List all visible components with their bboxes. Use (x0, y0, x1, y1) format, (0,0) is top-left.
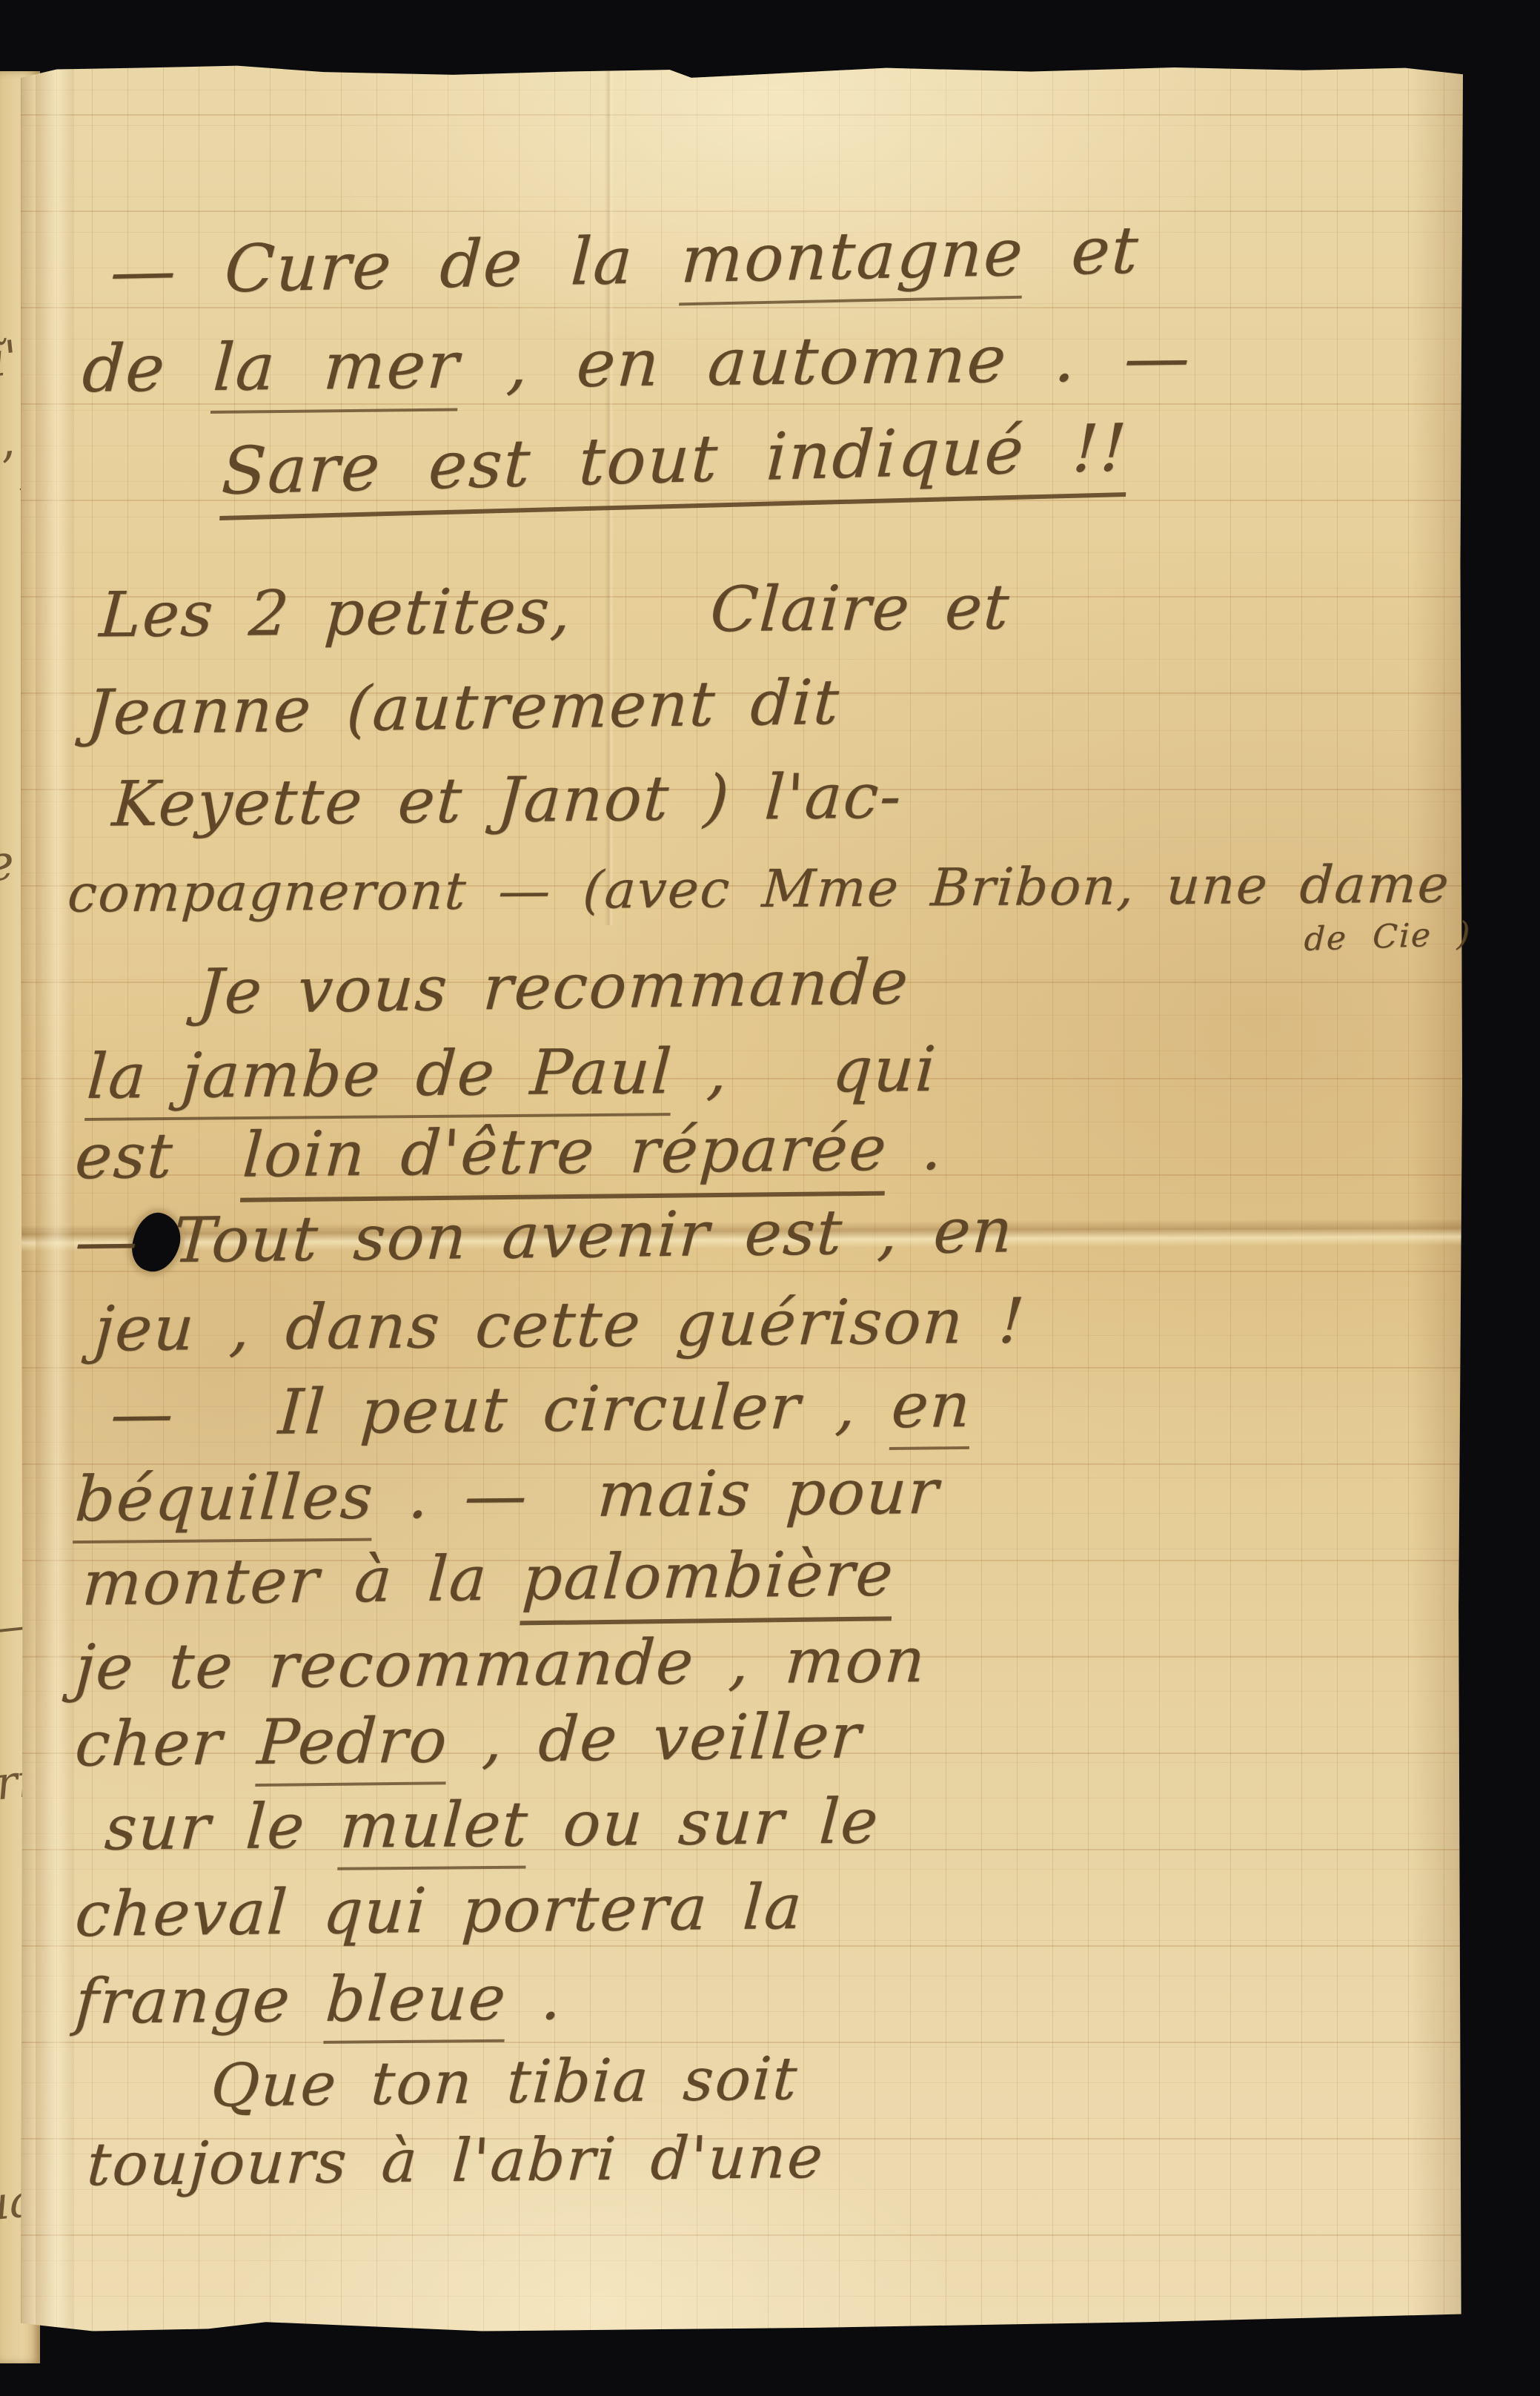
letter-line-5: Jeanne (autrement dit (85, 666, 842, 749)
phrase: Keyette et Janot ) l'ac- (110, 759, 905, 840)
letter-line-6: Keyette et Janot ) l'ac- (110, 759, 905, 840)
phrase: cher (73, 1706, 260, 1781)
underlined-phrase: Pedro (255, 1704, 451, 1787)
letter-line-18: cher Pedro , de veiller (73, 1699, 864, 1780)
underlined-phrase: palombière (520, 1537, 896, 1625)
phrase: cheval qui portera la (73, 1870, 806, 1950)
phrase: Je vous recommande (196, 945, 912, 1027)
underlined-phrase: montagne (679, 214, 1026, 306)
letter-line-1: — Cure de la montagne et (109, 211, 1141, 309)
letter-line-11: est loin d'être réparée . (73, 1111, 946, 1193)
phrase: Jeanne (autrement dit (85, 666, 842, 749)
phrase: ou sur le (526, 1784, 881, 1860)
phrase: — Il peut circuler , (109, 1369, 894, 1450)
underlined-phrase: bleue (323, 1962, 509, 2044)
phrase: et (1022, 211, 1141, 290)
letter-line-9: Je vous recommande (196, 945, 912, 1027)
letter-line-10: la jambe de Paul , qui (85, 1033, 939, 1113)
phrase: Que ton tibia soit (209, 2044, 800, 2120)
underlined-phrase: la mer (210, 327, 462, 414)
phrase: frange (73, 1963, 328, 2038)
underlined-phrase: la jambe de Paul (84, 1035, 675, 1121)
letter-line-8: de Cie ) (1304, 915, 1472, 959)
phrase: compagneront — (avec Mme Bribon, une dam… (66, 853, 1452, 924)
letter-line-14: — Il peut circuler , en (109, 1369, 974, 1450)
phrase: sur le (103, 1790, 343, 1864)
letter-line-17: je te recommande , mon (73, 1624, 929, 1704)
letter-line-19: sur le mulet ou sur le (103, 1784, 882, 1864)
letter-line-22: Que ton tibia soit (209, 2044, 800, 2120)
letter-line-2: de la mer , en automne . — (80, 319, 1193, 407)
letter-line-3: Sare est tout indiqué !! (220, 409, 1129, 509)
letter-line-21: frange bleue . (73, 1961, 565, 2038)
phrase: Les 2 petites, Claire et (98, 571, 1012, 652)
letter-line-15: béquilles . — mais pour (73, 1455, 942, 1535)
phrase: . — mais pour (372, 1455, 942, 1533)
phrase: jeu , dans cette guérison ! (93, 1285, 1028, 1366)
letter-line-23: toujours à l'abri d'une (85, 2122, 826, 2199)
phrase: , de veiller (446, 1699, 864, 1776)
phrase: , en automne . — (457, 319, 1193, 403)
phrase: est (73, 1119, 245, 1193)
phrase: monter à la (81, 1541, 525, 1619)
phrase: . (505, 1961, 565, 2034)
letter-line-16: monter à la palombière (81, 1537, 897, 1619)
phrase: , qui (671, 1033, 939, 1108)
letter-line-13: jeu , dans cette guérison ! (93, 1285, 1028, 1366)
phrase: je te recommande , mon (73, 1624, 929, 1704)
underlined-phrase: mulet (338, 1788, 531, 1870)
phrase: — Cure de la (109, 221, 683, 309)
phrase: de (80, 329, 216, 407)
letter-line-7: compagneront — (avec Mme Bribon, une dam… (66, 853, 1452, 924)
phrase: . (886, 1111, 946, 1185)
letter-line-4: Les 2 petites, Claire et (98, 571, 1012, 652)
underlined-phrase: en (889, 1369, 974, 1450)
handwriting-layer: — Cure de la montagne etde la mer , en a… (0, 0, 1540, 2396)
letter-scan: ĩ'’,e—ri.ual. — Cure de la montagne etde… (0, 0, 1540, 2396)
phrase: — Tout son avenir est , en (73, 1194, 1016, 1277)
phrase: de Cie ) (1304, 915, 1472, 959)
letter-line-20: cheval qui portera la (73, 1870, 806, 1950)
underlined-phrase: Sare est tout indiqué !! (219, 409, 1129, 520)
letter-line-12: — Tout son avenir est , en (73, 1194, 1016, 1277)
underlined-phrase: loin d'être réparée (240, 1112, 890, 1202)
underlined-phrase: béquilles (73, 1460, 376, 1544)
phrase: toujours à l'abri d'une (85, 2122, 826, 2199)
